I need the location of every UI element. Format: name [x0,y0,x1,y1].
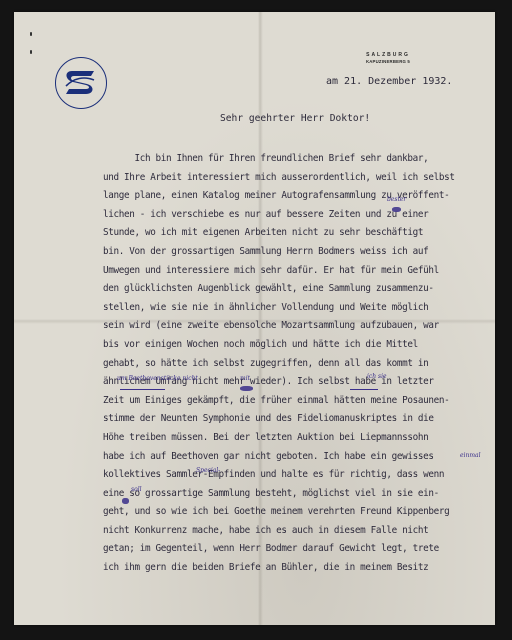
letterhead-street: KAPUZINERBERG 5 [338,59,438,64]
body-line: Ich bin Ihnen für Ihren freundlichen Bri… [103,150,473,169]
body-line: bis vor einigen Wochen noch möglich und … [103,336,473,355]
salutation: Sehr geehrter Herr Doktor! [220,113,370,124]
body-line: getan; im Gegenteil, wenn Herr Bodmer da… [103,540,473,559]
logo-icon [55,57,107,109]
body-line: Umwegen und interessiere mich sehr dafür… [103,262,473,281]
letter-date: am 21. Dezember 1932. [326,76,452,87]
handwritten-note: bester [387,196,406,203]
body-line: nicht Konkurrenz mache, habe ich es auch… [103,522,473,541]
body-line: Höhe treiben müssen. Bei der letzten Auk… [103,429,473,448]
body-line: habe ich auf Beethoven gar nicht geboten… [103,448,473,467]
body-line: den glücklichsten Augenblick gewählt, ei… [103,280,473,299]
ink-blot [392,207,401,212]
body-line: geht, und so wie ich bei Goethe meinem v… [103,503,473,522]
letter-body: Ich bin Ihnen für Ihren freundlichen Bri… [103,150,473,578]
punch-mark [30,50,32,54]
body-line: kollektives Sammler-Empfinden und halte … [103,466,473,485]
body-line: Zeit um Einiges gekämpft, die früher ein… [103,392,473,411]
body-line: Stunde, wo ich mit eigenen Arbeiten nich… [103,224,473,243]
handwritten-note: ich sie [367,373,387,380]
body-line: sein wird (eine zweite ebensolche Mozart… [103,317,473,336]
handwritten-note: Special- [196,467,220,474]
body-line: gehabt, so hätte ich selbst zugegriffen,… [103,355,473,374]
handwritten-note: einmal [460,452,481,459]
body-line: stellen, wie sie nie in ähnlicher Vollen… [103,299,473,318]
body-line: bin. Von der grossartigen Sammlung Herrn… [103,243,473,262]
ink-blot [122,498,129,504]
handwritten-note: soll [131,486,142,493]
body-line: stimme der Neunten Symphonie und des Fid… [103,410,473,429]
strikethrough [350,389,378,390]
strikethrough [120,389,165,390]
punch-mark [30,32,32,36]
body-line: lichen - ich verschiebe es nur auf besse… [103,206,473,225]
letterhead-address: SALZBURG KAPUZINERBERG 5 [338,52,438,64]
handwritten-note: mit [240,375,250,382]
handwritten-note: um Beethovenstücke nicht [117,375,198,382]
body-line: ich ihm gern die beiden Briefe an Bühler… [103,559,473,578]
body-line: lange plane, einen Katalog meiner Autogr… [103,187,473,206]
ink-blot [240,386,253,391]
body-line: und Ihre Arbeit interessiert mich ausser… [103,169,473,188]
body-line: eine so grossartige Sammlung besteht, mö… [103,485,473,504]
letterhead-city: SALZBURG [338,52,438,58]
